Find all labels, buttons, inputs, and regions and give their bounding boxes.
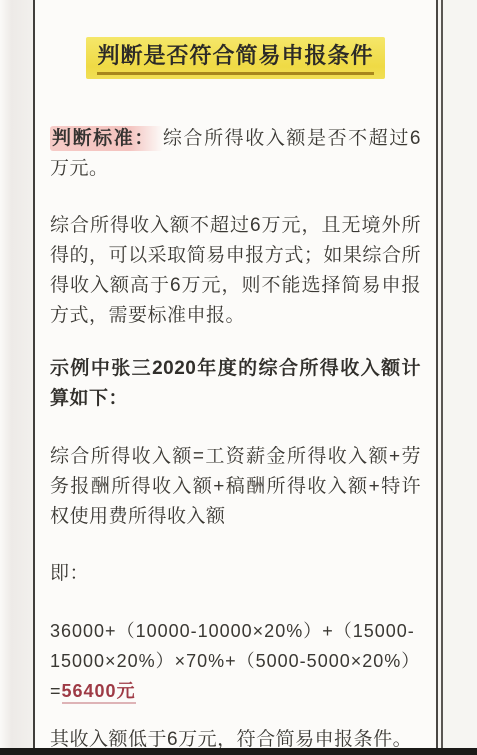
calculation-block: 36000+（10000-10000×20%）+（15000- 15000×20… (50, 616, 421, 706)
criteria-label: 判断标准： (50, 126, 163, 151)
rule-paragraph: 综合所得收入额不超过6万元，且无境外所得的，可以采取简易申报方式；如果综合所得收… (50, 211, 421, 331)
income-formula-paragraph: 综合所得收入额=工资薪金所得收入额+劳务报酬所得收入额+稿酬所得收入额+特许权使… (50, 442, 421, 532)
calculation-result: 56400元 (62, 681, 136, 704)
bottom-border-bar (0, 748, 477, 755)
calculation-equals-sign: = (50, 681, 62, 701)
calculation-result-line: =56400元 (50, 676, 421, 706)
example-intro-paragraph: 示例中张三2020年度的综合所得收入额计算如下： (50, 354, 421, 414)
title-row: 判断是否符合简易申报条件 (50, 0, 421, 79)
calculation-line-2: 15000×20%）×70%+（5000-5000×20%） (50, 646, 421, 676)
document-page: 判断是否符合简易申报条件 判断标准：综合所得收入额是否不超过6万元。 综合所得收… (33, 0, 438, 748)
criteria-paragraph: 判断标准：综合所得收入额是否不超过6万元。 (50, 124, 421, 184)
calculation-line-1: 36000+（10000-10000×20%）+（15000- (50, 616, 421, 646)
title-highlight-band: 判断是否符合简易申报条件 (86, 37, 384, 79)
left-margin-strip (0, 0, 33, 755)
right-outer-border-line (441, 0, 443, 748)
namely-paragraph: 即： (50, 559, 421, 589)
document-photo: 判断是否符合简易申报条件 判断标准：综合所得收入额是否不超过6万元。 综合所得收… (0, 0, 477, 755)
page-title: 判断是否符合简易申报条件 (97, 39, 373, 75)
